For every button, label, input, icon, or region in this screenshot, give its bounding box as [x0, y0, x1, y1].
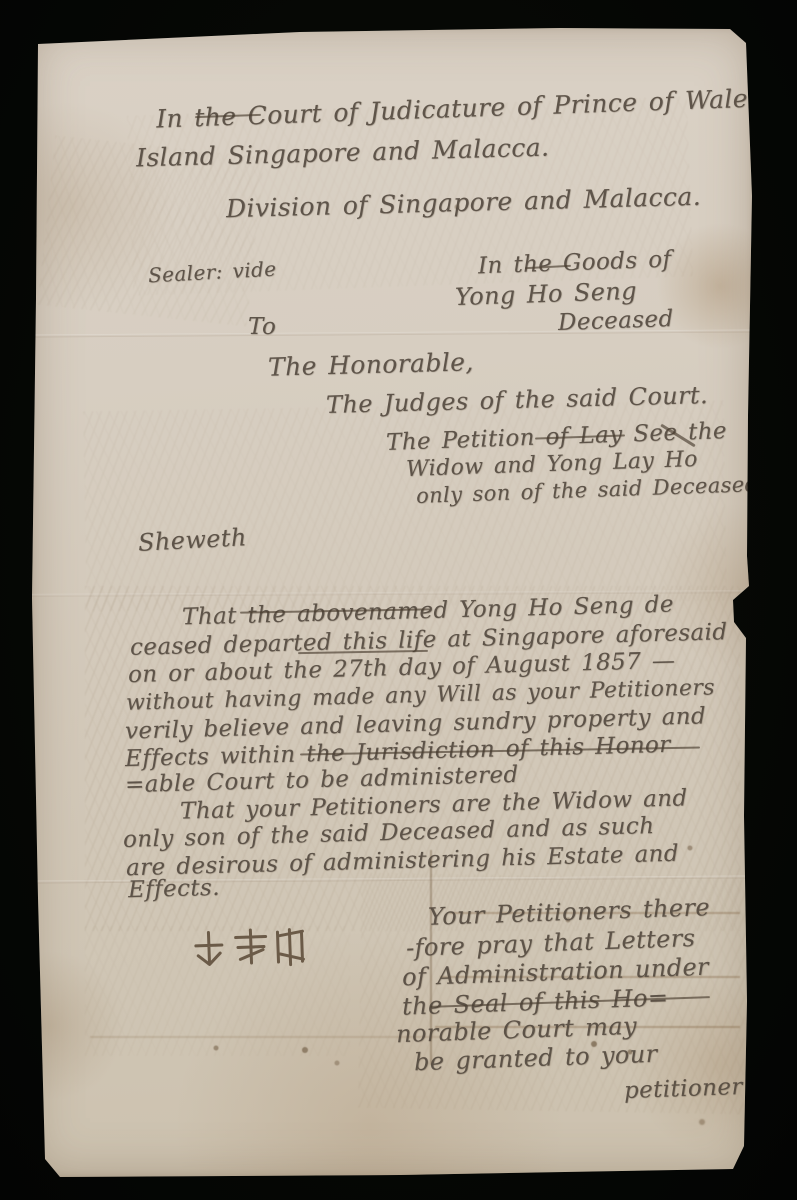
address-line: To — [248, 314, 276, 340]
heading-line: In the Court of Judicature of Prince of … — [156, 83, 762, 133]
sheweth-label: Sheweth — [137, 523, 247, 557]
caption-line: Deceased — [558, 306, 674, 336]
photograph-background: { "page": { "background_color": "#070a06… — [0, 0, 797, 1200]
heading-line: Division of Singapore and Malacca. — [226, 182, 702, 223]
address-line: The Judges of the said Court. — [326, 381, 709, 419]
margin-note: Sealer: vide — [147, 257, 277, 288]
bleed-rule-line — [90, 1036, 440, 1038]
heading-line: Island Singapore and Malacca. — [136, 133, 550, 173]
prayer-line: petitioner — [624, 1074, 744, 1104]
body-line: Effects. — [128, 875, 221, 903]
address-line: The Honorable, — [268, 347, 474, 381]
caption-line: Yong Ho Seng — [455, 277, 638, 311]
document-page: In the Court of Judicature of Prince of … — [30, 26, 754, 1178]
chinese-inscription — [187, 922, 315, 974]
caption-line: In the Goods of — [478, 247, 672, 280]
foxing-spots — [30, 26, 34, 30]
